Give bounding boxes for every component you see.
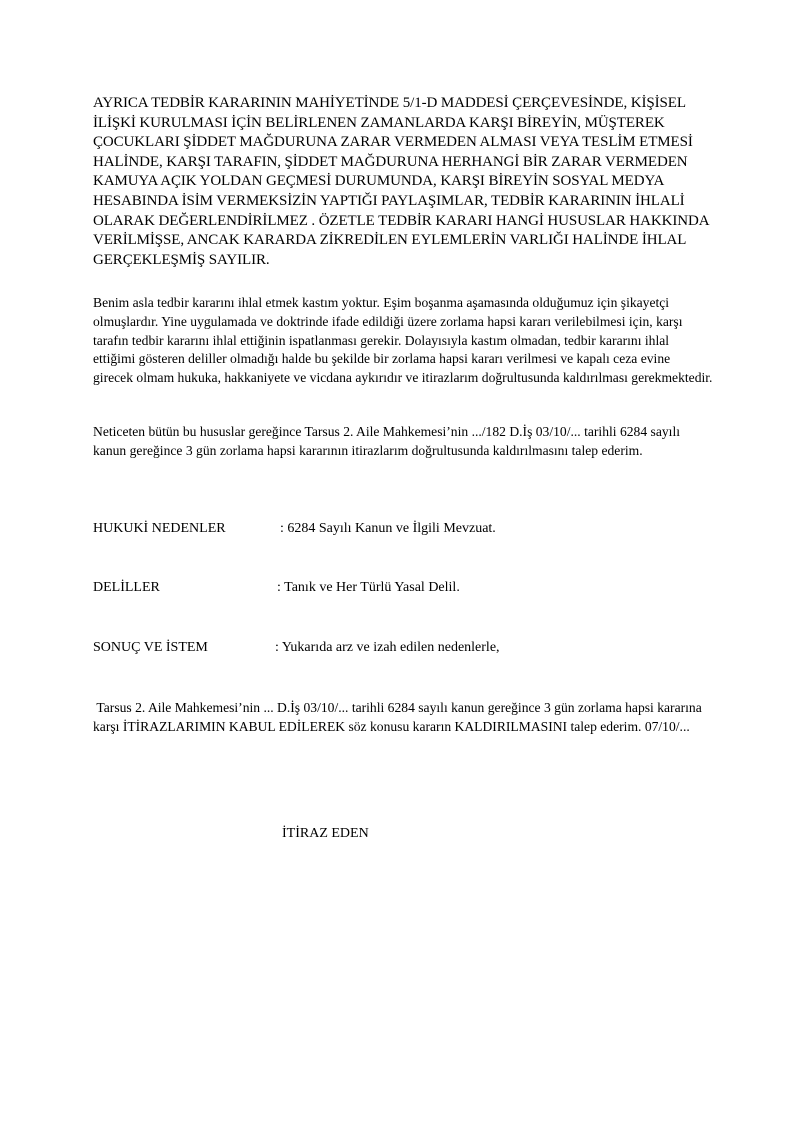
section-label: SONUÇ VE İSTEM xyxy=(93,640,208,656)
section-label: DELİLLER xyxy=(93,580,160,596)
section-value: : 6284 Sayılı Kanun ve İlgili Mevzuat. xyxy=(280,521,496,537)
section-label: HUKUKİ NEDENLER xyxy=(93,521,226,537)
signature-label: İTİRAZ EDEN xyxy=(282,826,369,842)
paragraph-request: Tarsus 2. Aile Mahkemesi’nin ... D.İş 03… xyxy=(93,699,713,737)
caps-paragraph: AYRICA TEDBİR KARARININ MAHİYETİNDE 5/1-… xyxy=(93,94,713,270)
paragraph-intent: Benim asla tedbir kararını ihlal etmek k… xyxy=(93,294,713,388)
section-value: : Yukarıda arz ve izah edilen nedenlerle… xyxy=(275,640,500,656)
paragraph-conclusion: Neticeten bütün bu hususlar gereğince Ta… xyxy=(93,423,713,461)
section-value: : Tanık ve Her Türlü Yasal Delil. xyxy=(277,580,460,596)
